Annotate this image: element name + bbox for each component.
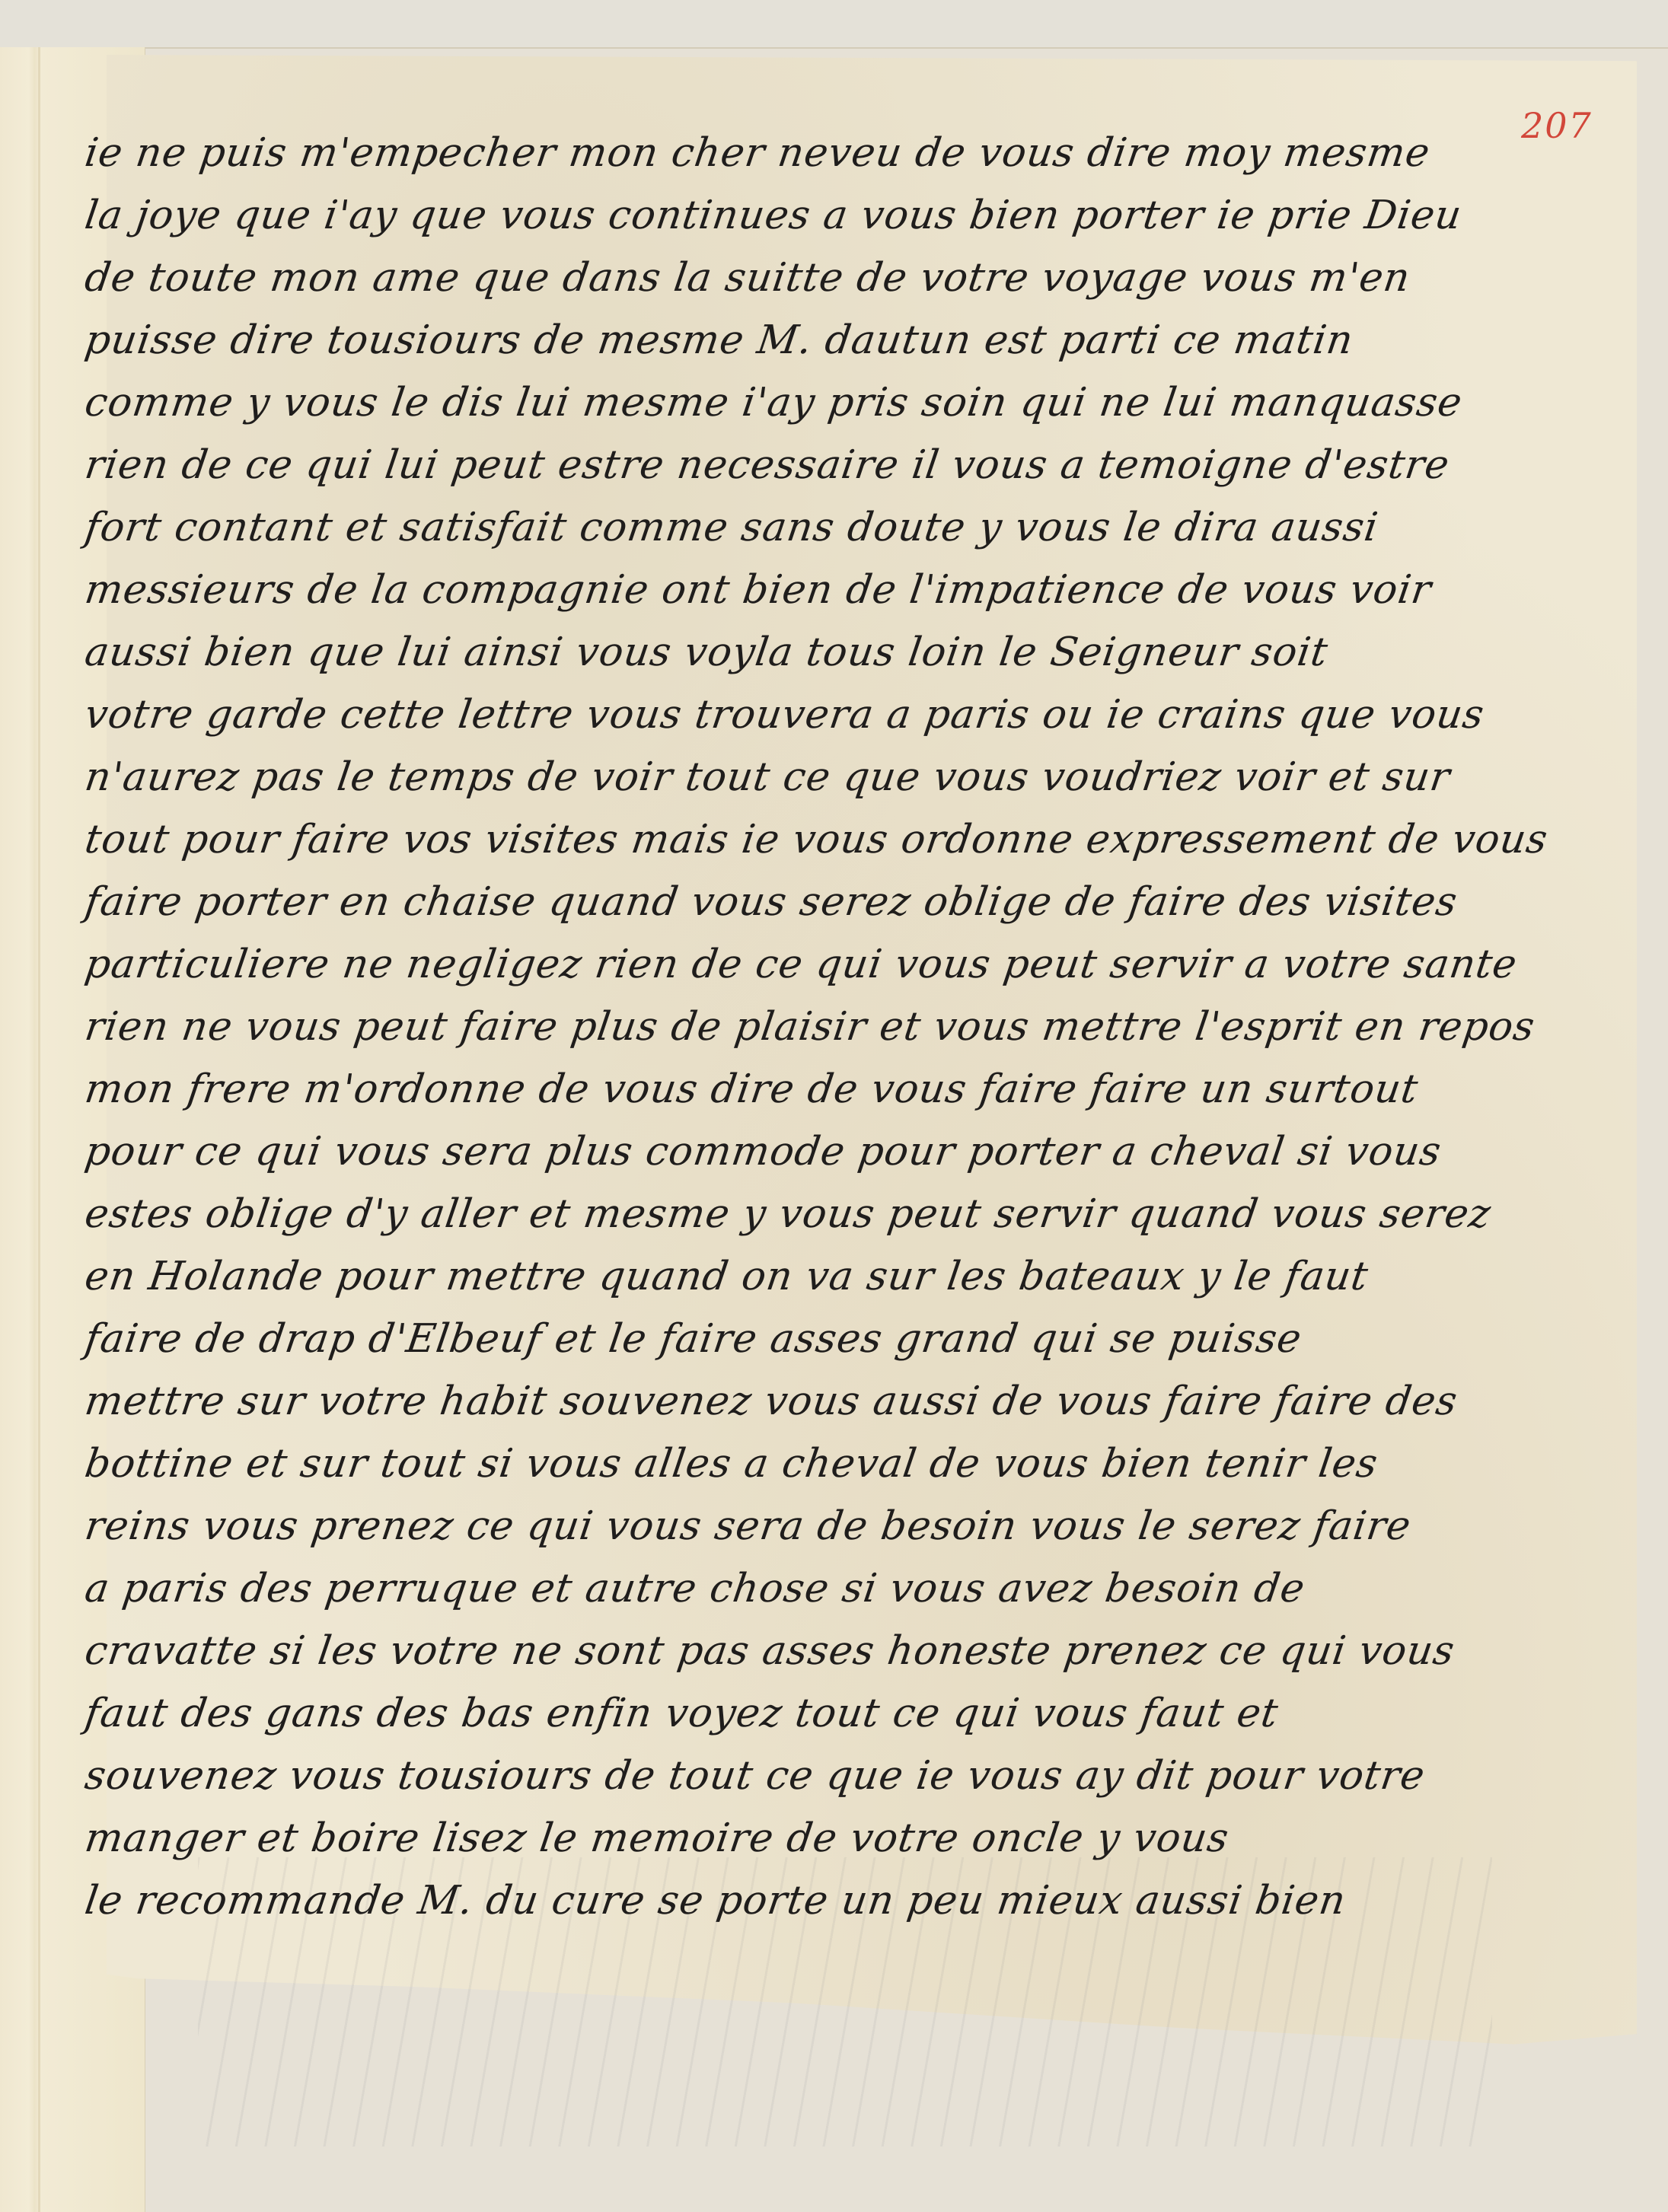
text-line: ie ne puis m'empecher mon cher neveu de … [81, 122, 1643, 184]
handwritten-text-block: ie ne puis m'empecher mon cher neveu de … [85, 122, 1638, 1932]
text-line: n'aurez pas le temps de voir tout ce que… [81, 746, 1643, 808]
text-line: particuliere ne negligez rien de ce qui … [81, 933, 1643, 996]
text-line: cravatte si les votre ne sont pas asses … [81, 1620, 1643, 1682]
text-line: pour ce qui vous sera plus commode pour … [81, 1120, 1643, 1183]
text-line: fort contant et satisfait comme sans dou… [81, 496, 1643, 559]
text-line: rien ne vous peut faire plus de plaisir … [81, 996, 1643, 1058]
text-line: faut des gans des bas enfin voyez tout c… [81, 1682, 1643, 1745]
text-line: mettre sur votre habit souvenez vous aus… [81, 1370, 1643, 1433]
backing-sheet [0, 0, 1668, 49]
text-line: faire de drap d'Elbeuf et le faire asses… [81, 1308, 1643, 1370]
text-line: a paris des perruque et autre chose si v… [81, 1557, 1643, 1620]
text-line: puisse dire tousiours de mesme M. dautun… [81, 309, 1643, 371]
text-line: votre garde cette lettre vous trouvera a… [81, 684, 1643, 746]
text-line: faire porter en chaise quand vous serez … [81, 871, 1643, 933]
text-line: messieurs de la compagnie ont bien de l'… [81, 559, 1643, 621]
text-line: bottine et sur tout si vous alles a chev… [81, 1433, 1643, 1495]
text-line: aussi bien que lui ainsi vous voyla tous… [81, 621, 1643, 684]
text-line: comme y vous le dis lui mesme i'ay pris … [81, 371, 1643, 434]
text-line: mon frere m'ordonne de vous dire de vous… [81, 1058, 1643, 1120]
text-line: estes oblige d'y aller et mesme y vous p… [81, 1183, 1643, 1245]
text-line: tout pour faire vos visites mais ie vous… [81, 808, 1643, 871]
text-line: rien de ce qui lui peut estre necessaire… [81, 434, 1643, 496]
text-line: le recommande M. du cure se porte un peu… [81, 1869, 1643, 1932]
binding-crease [38, 47, 40, 2212]
text-line: la joye que i'ay que vous continues a vo… [81, 184, 1643, 247]
text-line: souvenez vous tousiours de tout ce que i… [81, 1745, 1643, 1807]
text-line: manger et boire lisez le memoire de votr… [81, 1807, 1643, 1869]
text-line: en Holande pour mettre quand on va sur l… [81, 1245, 1643, 1308]
text-line: de toute mon ame que dans la suitte de v… [81, 247, 1643, 309]
text-line: reins vous prenez ce qui vous sera de be… [81, 1495, 1643, 1557]
